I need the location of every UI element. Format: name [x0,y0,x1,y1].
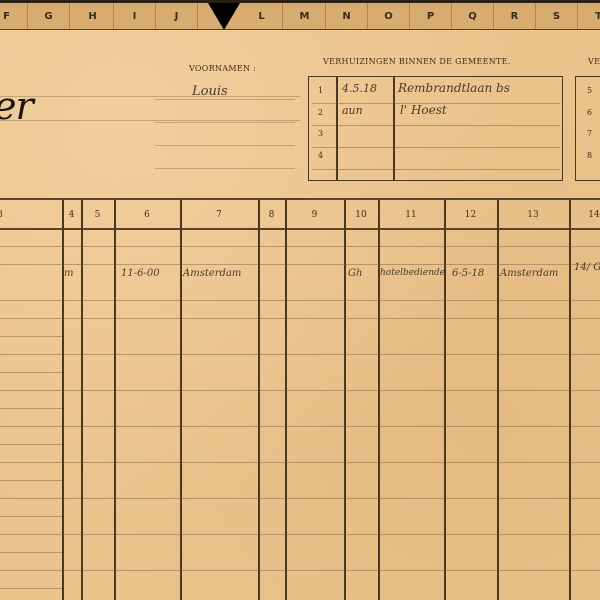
move-row-number: 1 [318,86,323,95]
guide-line [155,99,295,100]
row-rule [0,408,62,409]
cell-arrival-date: 6-5-18 [452,268,484,279]
move-date: 4.5.18 [342,82,377,95]
move-row-number: 5 [587,86,592,95]
column-divider [393,76,395,181]
moves-title-2: VE [588,57,600,66]
column-divider [336,76,338,181]
index-notch-k-marker-icon [208,3,240,30]
row-rule [0,552,62,553]
index-tab-r: R [494,3,536,30]
moves-title: VERHUIZINGEN BINNEN DE GEMEENTE. [323,57,511,66]
column-header-13: 13 [497,201,569,228]
registration-card: F G H I J L M N O P Q R S T er VOORNAMEN… [0,0,600,600]
move-date: aun [342,104,363,117]
column-divider [285,200,287,600]
column-divider [62,200,64,600]
row-rule [0,372,62,373]
index-tab-j: J [156,3,198,30]
row-rule [312,147,560,148]
column-header-14: 14 [569,201,600,228]
move-row-number: 6 [587,108,592,117]
index-tab-g: G [28,3,70,30]
index-tab-q: Q [452,3,494,30]
row-rule [0,498,600,499]
column-header-8: 8 [258,201,285,228]
header-bottom-rule [0,228,600,230]
column-divider [497,200,499,600]
guide-line [155,168,295,169]
row-rule [0,426,600,427]
column-divider [180,200,182,600]
move-row-number: 7 [587,129,592,138]
column-header-12: 12 [444,201,497,228]
column-divider [114,200,116,600]
index-tab-o: O [368,3,410,30]
column-divider [258,200,260,600]
index-tab-p: P [410,3,452,30]
column-header-10: 10 [344,201,378,228]
row-rule [312,125,560,126]
row-rule [0,390,600,391]
guide-line [155,145,295,146]
row-rule [0,570,600,571]
cell-birthplace: Amsterdam [183,268,241,279]
row-rule [0,264,600,265]
column-divider [344,200,346,600]
guide-line [0,96,300,97]
row-rule [312,169,560,170]
index-tab-s: S [536,3,578,30]
index-tab-m: M [284,3,326,30]
move-row-number: 2 [318,108,323,117]
surname-handwritten: er [0,84,33,128]
index-tab-h: H [72,3,114,30]
column-header-6: 6 [114,201,180,228]
column-header-3: 3 [0,201,10,228]
cell-occupation: hotelbediende [380,268,445,278]
column-divider [81,200,83,600]
voornamen-label: VOORNAMEN : [189,64,256,73]
move-row-number: 3 [318,129,323,138]
row-rule [0,300,600,301]
column-divider [444,200,446,600]
index-tab-f: F [0,3,28,30]
column-header-5: 5 [81,201,114,228]
index-tab-l: L [241,3,283,30]
column-header-9: 9 [285,201,344,228]
index-tab-i: I [114,3,156,30]
move-address: Rembrandtlaan bs [398,81,510,95]
move-address: l' Hoest [400,103,447,117]
row-rule [0,480,62,481]
row-rule [0,516,62,517]
index-tab-t: T [578,3,600,30]
row-rule [0,588,62,589]
row-rule [0,534,600,535]
cell-origin: Amsterdam [500,268,558,279]
index-tab-n: N [326,3,368,30]
row-rule [0,462,600,463]
table-top-rule [0,198,600,200]
column-divider [378,200,380,600]
row-rule [0,318,600,319]
move-row-number: 8 [587,151,592,160]
cell-religion: Gh [348,268,362,279]
row-rule [0,246,600,247]
cell-col14: 14/ G. [574,262,600,273]
cell-sex: m [64,268,73,279]
guide-line [155,122,295,123]
move-row-number: 4 [318,151,323,160]
column-header-4: 4 [62,201,81,228]
alphabet-index-strip: F G H I J L M N O P Q R S T [0,0,600,30]
column-header-11: 11 [378,201,444,228]
voornamen-value: Louis [192,84,228,99]
cell-birth-date: 11-6-00 [121,268,160,279]
row-rule [0,444,62,445]
column-divider [569,200,571,600]
guide-line [0,120,300,121]
row-rule [0,354,600,355]
row-rule [0,336,62,337]
column-header-7: 7 [180,201,258,228]
